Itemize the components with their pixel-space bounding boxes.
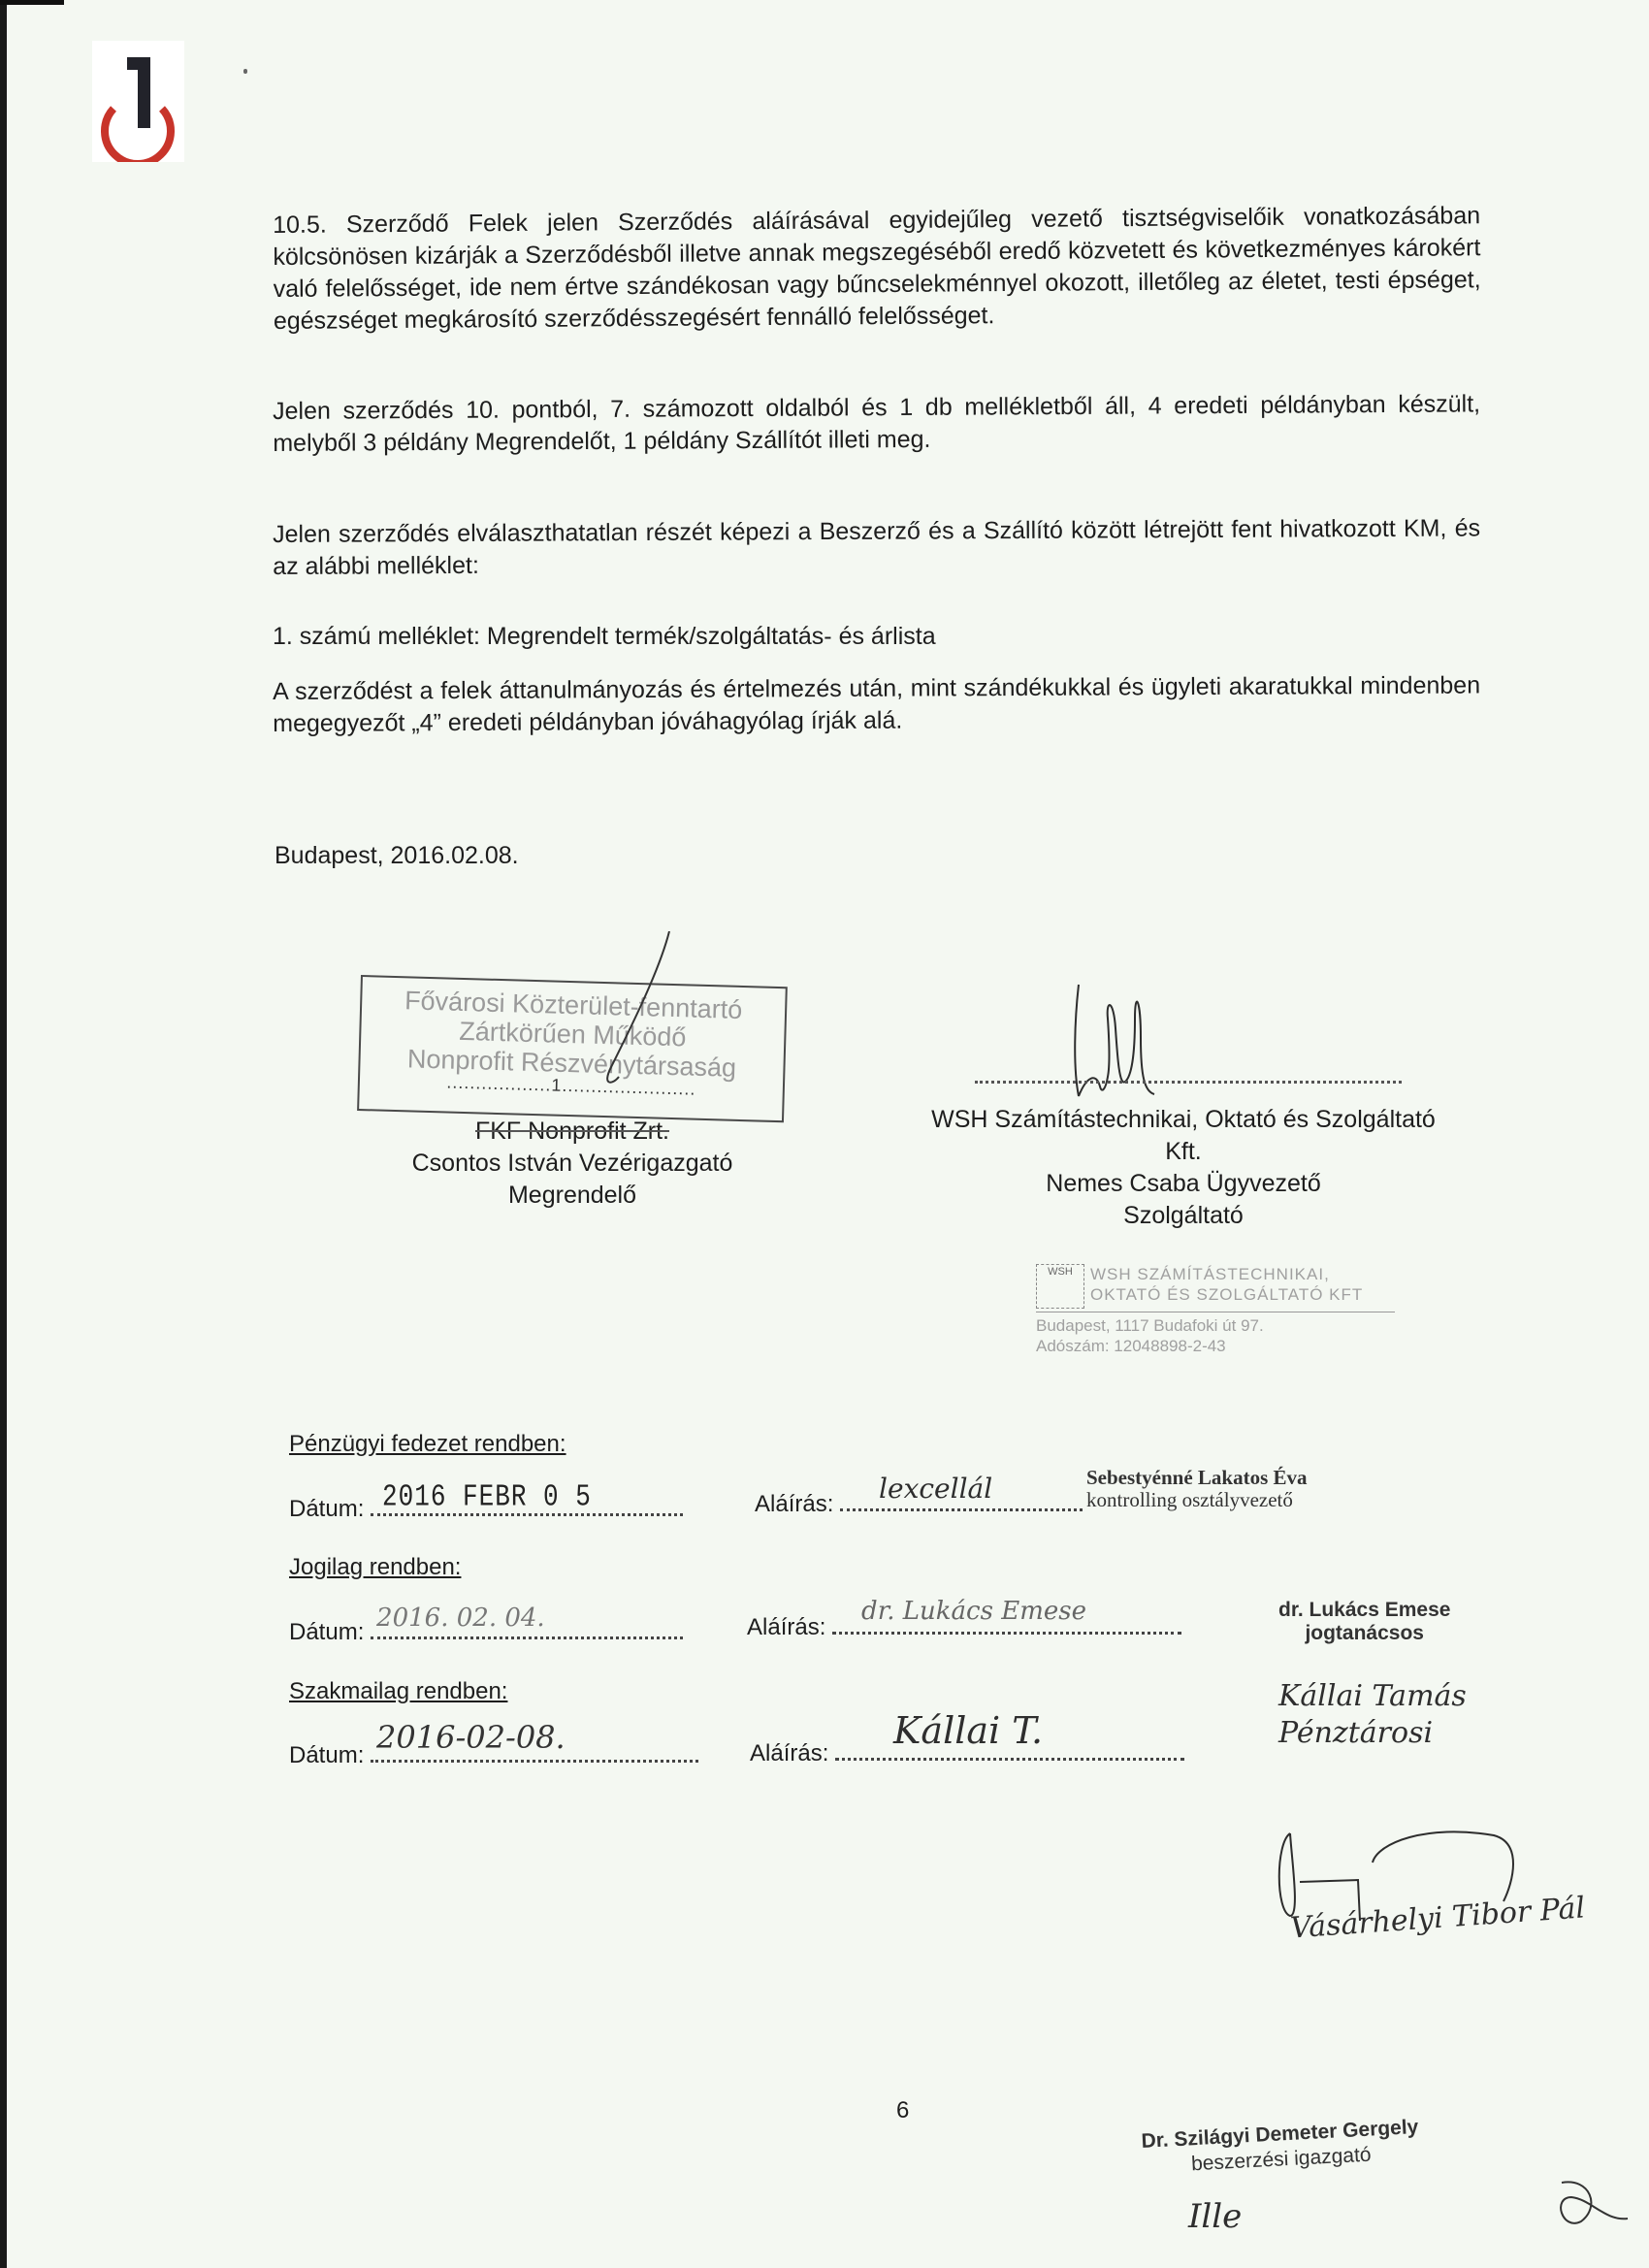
handwritten-signature: dr. Lukács Emese: [861, 1597, 1086, 1626]
approver-name: Kállai Tamás: [1278, 1678, 1467, 1715]
sign-label: Aláírás:: [755, 1491, 833, 1517]
approver-name: dr. Lukács Emese: [1278, 1599, 1450, 1622]
wsh-company-stamp: WSH WSH SZÁMÍTÁSTECHNIKAI, OKTATÓ ÉS SZO…: [1036, 1264, 1395, 1356]
date-value: 2016-02-08.: [376, 1719, 566, 1756]
approver-title: Pénztárosi: [1278, 1715, 1467, 1752]
wsh-stamp-line-2: OKTATÓ ÉS SZOLGÁLTATÓ KFT: [1090, 1284, 1363, 1305]
seller-company: WSH Számítástechnikai, Oktató és Szolgál…: [912, 1104, 1455, 1168]
approval-legal-sign-row: Aláírás: dr. Lukács Emese: [747, 1610, 1181, 1641]
sign-label: Aláírás:: [747, 1614, 825, 1640]
approval-legal-label: Jogilag rendben:: [289, 1554, 461, 1581]
wsh-stamp-address: Budapest, 1117 Budafoki út 97.: [1036, 1315, 1395, 1336]
scan-speck: [243, 69, 247, 74]
approval-professional-sign-row: Aláírás: Kállai T.: [750, 1736, 1184, 1767]
handwritten-signature: lexcellál: [879, 1473, 992, 1505]
director-initials: Ille: [1188, 2197, 1242, 2236]
date-field: 2016 FEBR 0 5: [371, 1490, 683, 1516]
place-date: Budapest, 2016.02.08.: [275, 842, 519, 870]
approver-title: jogtanácsos: [1278, 1622, 1450, 1645]
buyer-person: Csontos István Vezérigazgató: [398, 1148, 747, 1180]
signature-field: dr. Lukács Emese: [832, 1610, 1181, 1635]
scan-edge: [0, 0, 7, 2268]
handwritten-signature: Kállai T.: [893, 1709, 1043, 1752]
approval-financial-sign-row: Aláírás: lexcellál: [755, 1487, 1083, 1518]
seller-handwritten-signature: [1067, 980, 1212, 1106]
date-field: 2016-02-08.: [371, 1736, 698, 1763]
clause-10-5: 10.5. Szerződő Felek jelen Szerződés alá…: [273, 200, 1481, 338]
copies-paragraph: Jelen szerződés 10. pontból, 7. számozot…: [273, 388, 1480, 460]
date-label: Dátum:: [289, 1619, 364, 1645]
seller-person: Nemes Csaba Ügyvezető: [912, 1168, 1455, 1200]
approval-professional-label: Szakmailag rendben:: [289, 1678, 507, 1705]
director-stamp: Dr. Szilágyi Demeter Gergely beszerzési …: [1141, 2115, 1420, 2180]
date-value: 2016 FEBR 0 5: [382, 1479, 592, 1514]
sign-label: Aláírás:: [750, 1740, 828, 1766]
buyer-role: Megrendelő: [398, 1180, 747, 1212]
director-paraph-stroke: [1552, 2178, 1630, 2236]
approval-legal-date-row: Dátum: 2016. 02. 04.: [289, 1613, 683, 1646]
agreement-paragraph: A szerződést a felek áttanulmányozás és …: [273, 669, 1480, 740]
page-number: 6: [896, 2097, 909, 2124]
signature-field: lexcellál: [840, 1487, 1083, 1511]
seller-role: Szolgáltató: [912, 1200, 1455, 1232]
buyer-company: FKF Nonprofit Zrt.: [398, 1116, 747, 1148]
professional-approver-handwritten: Kállai Tamás Pénztárosi: [1278, 1678, 1467, 1752]
wsh-stamp-logo-icon: WSH: [1036, 1264, 1084, 1309]
date-label: Dátum:: [289, 1742, 364, 1768]
annex-1-line: 1. számú melléklet: Megrendelt termék/sz…: [273, 621, 1480, 653]
approval-professional-date-row: Dátum: 2016-02-08.: [289, 1736, 698, 1769]
date-value: 2016. 02. 04.: [376, 1604, 545, 1633]
buyer-signature-block: FKF Nonprofit Zrt. Csontos István Vezéri…: [398, 1116, 747, 1212]
seller-signature-block: WSH Számítástechnikai, Oktató és Szolgál…: [912, 1104, 1455, 1232]
approval-financial-date-row: Dátum: 2016 FEBR 0 5: [289, 1490, 683, 1523]
approver-name: Sebestyénné Lakatos Éva: [1086, 1467, 1308, 1489]
date-label: Dátum:: [289, 1496, 364, 1522]
approval-financial-label: Pénzügyi fedezet rendben:: [289, 1431, 566, 1458]
scan-edge-top: [0, 0, 64, 5]
wsh-stamp-tax: Adószám: 12048898-2-43: [1036, 1336, 1395, 1356]
signature-field: Kállai T.: [835, 1736, 1184, 1761]
seller-signature-line: [975, 1081, 1402, 1084]
financial-approver: Sebestyénné Lakatos Éva kontrolling oszt…: [1086, 1467, 1308, 1511]
buyer-signature-stroke: [524, 931, 718, 1106]
approver-title: kontrolling osztályvezető: [1086, 1489, 1308, 1511]
legal-approver: dr. Lukács Emese jogtanácsos: [1278, 1599, 1450, 1645]
date-field: 2016. 02. 04.: [371, 1613, 683, 1639]
power-one-logo-icon: [92, 41, 184, 162]
wsh-stamp-line-1: WSH SZÁMÍTÁSTECHNIKAI,: [1090, 1264, 1363, 1284]
annex-intro-paragraph: Jelen szerződés elválaszthatatlan részét…: [273, 512, 1480, 583]
